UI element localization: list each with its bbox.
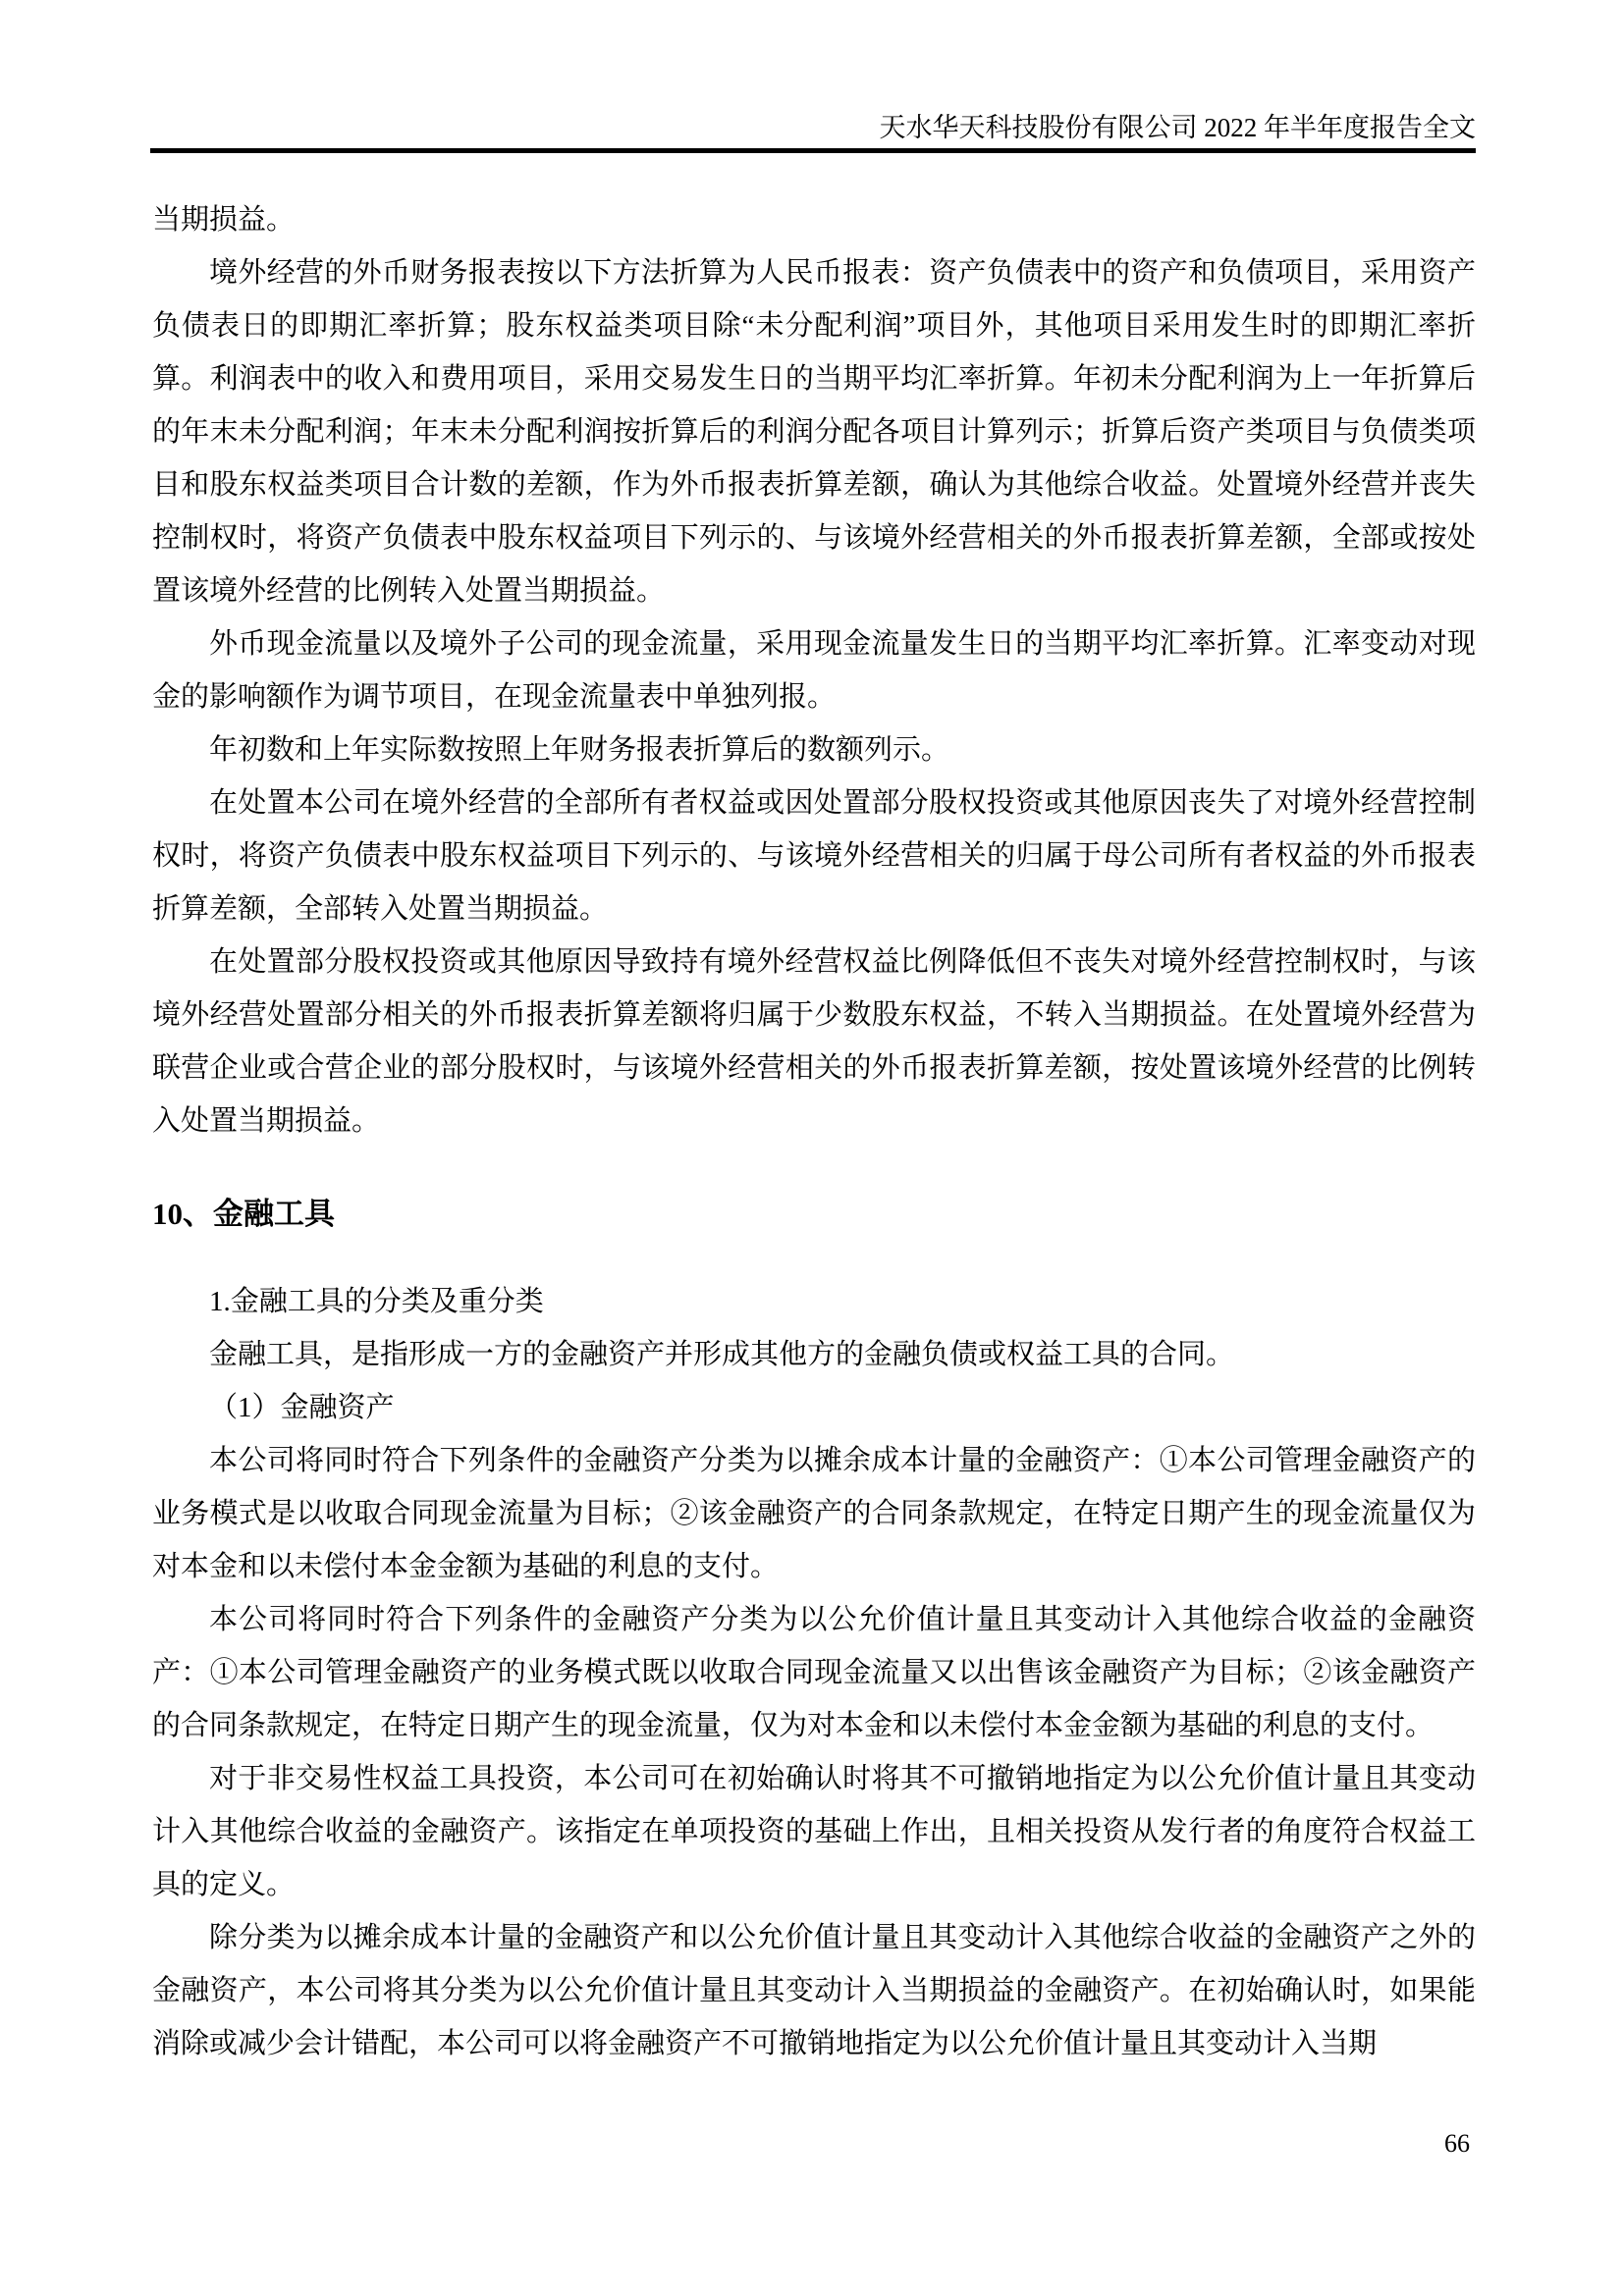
- paragraph: 本公司将同时符合下列条件的金融资产分类为以摊余成本计量的金融资产：①本公司管理金…: [152, 1434, 1476, 1593]
- subsection-heading-financial-assets: （1）金融资产: [152, 1381, 1476, 1434]
- page-number: 66: [1444, 2128, 1470, 2160]
- paragraph: 境外经营的外币财务报表按以下方法折算为人民币报表：资产负债表中的资产和负债项目，…: [152, 246, 1476, 617]
- paragraph: 外币现金流量以及境外子公司的现金流量，采用现金流量发生日的当期平均汇率折算。汇率…: [152, 617, 1476, 723]
- paragraph: 年初数和上年实际数按照上年财务报表折算后的数额列示。: [152, 723, 1476, 776]
- paragraph: 除分类为以摊余成本计量的金融资产和以公允价值计量且其变动计入其他综合收益的金融资…: [152, 1911, 1476, 2070]
- section-heading-financial-instruments: 10、金融工具: [152, 1188, 1476, 1241]
- report-page: 天水华天科技股份有限公司 2022 年半年度报告全文 当期损益。 境外经营的外币…: [0, 0, 1624, 2296]
- page-header-title: 天水华天科技股份有限公司 2022 年半年度报告全文: [152, 110, 1476, 145]
- paragraph-continuation: 当期损益。: [152, 193, 1476, 246]
- paragraph: 在处置部分股权投资或其他原因导致持有境外经营权益比例降低但不丧失对境外经营控制权…: [152, 935, 1476, 1148]
- paragraph: 对于非交易性权益工具投资，本公司可在初始确认时将其不可撤销地指定为以公允价值计量…: [152, 1752, 1476, 1911]
- subsection-heading-classification: 1.金融工具的分类及重分类: [152, 1275, 1476, 1328]
- paragraph: 在处置本公司在境外经营的全部所有者权益或因处置部分股权投资或其他原因丧失了对境外…: [152, 776, 1476, 935]
- paragraph: 本公司将同时符合下列条件的金融资产分类为以公允价值计量且其变动计入其他综合收益的…: [152, 1593, 1476, 1752]
- document-body: 当期损益。 境外经营的外币财务报表按以下方法折算为人民币报表：资产负债表中的资产…: [152, 193, 1476, 2070]
- header-rule: [150, 148, 1476, 153]
- paragraph: 金融工具，是指形成一方的金融资产并形成其他方的金融负债或权益工具的合同。: [152, 1328, 1476, 1381]
